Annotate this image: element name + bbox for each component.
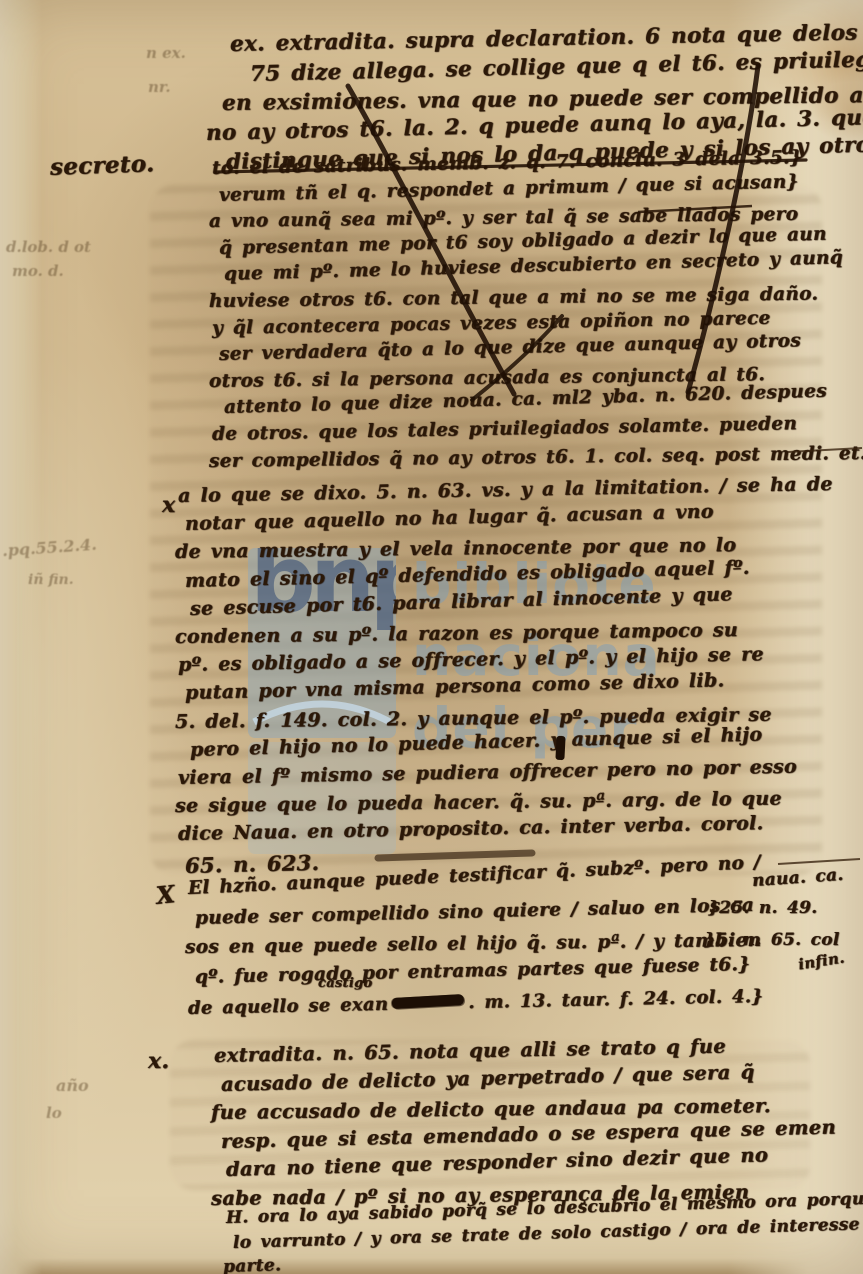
paragraph-marker-x: x: [162, 492, 175, 518]
margin-citation: }5. n. 65. col: [704, 930, 840, 950]
paragraph-final: H. ora lo aya sabido porq̃ se lo descubr…: [226, 1206, 846, 1274]
line-text: de aquello se exan: [188, 994, 389, 1019]
manuscript-page: bnp bibliote naciona del per n ex. nr. d…: [0, 0, 863, 1274]
paragraph-secreto: to. el de satribus. memb. z. q. 7. concl…: [212, 156, 863, 475]
paragraph-extradita: extradita. n. 65. nota que alli se trato…: [214, 1042, 834, 1214]
margin-note-secreto: secreto.: [50, 150, 155, 181]
manuscript-text-layer: secreto. ex. extradita. supra declaratio…: [0, 0, 863, 1274]
paragraph-marker-x: X: [155, 879, 177, 910]
interlinear-insert: castigo: [318, 976, 372, 991]
struck-out-word-blot: [392, 994, 465, 1009]
paragraph-limitation: a lo que se dixo. 5. n. 63. vs. y a la l…: [178, 482, 838, 880]
paragraph-marker-x: x.: [148, 1048, 169, 1074]
margin-citation: }25. n. 49.: [708, 898, 818, 918]
ink-blot: [555, 736, 565, 760]
margin-citation: infin.: [797, 948, 846, 973]
paragraph-hermano: El hzño. aunque puede testificar q̃. sub…: [188, 874, 748, 992]
